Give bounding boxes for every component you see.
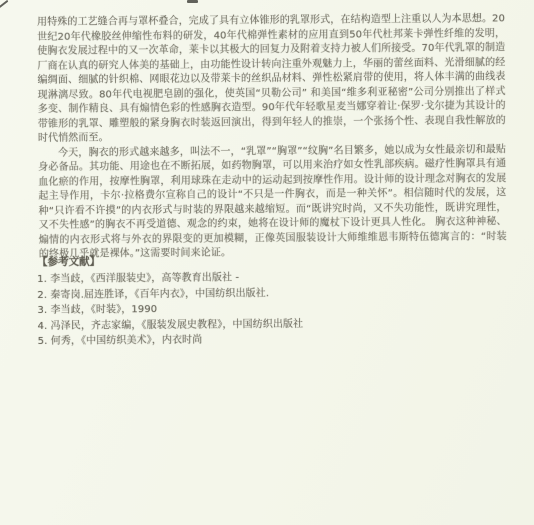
article-body: 用特殊的工艺缝合再与罩杯叠合，完成了具有立体锥形的乳罩形式，在结构造型上注重以人…: [37, 12, 507, 262]
reference-item: 5. 何秀，《中国纺织美术》，内衣时尚: [38, 330, 506, 349]
paragraph: 今天，胸衣的形式越来越多，叫法不一，“乳罩”“胸罩”“纹胸”名目繁多，她以成为女…: [38, 143, 507, 263]
scanned-page: 用特殊的工艺缝合再与罩杯叠合，完成了具有立体锥形的乳罩形式，在结构造型上注重以人…: [0, 0, 534, 525]
paragraph: 用特殊的工艺缝合再与罩杯叠合，完成了具有立体锥形的乳罩形式，在结构造型上注重以人…: [37, 12, 506, 146]
scan-artifact-dash: [187, 0, 198, 3]
references-heading: 【参考文献】: [37, 250, 505, 269]
scan-artifact-corner: [0, 0, 8, 8]
references-section: 【参考文献】 1. 李当歧，《西洋服装史》，高等教育出版社 - 2. 秦寄岗.屈…: [37, 250, 506, 349]
